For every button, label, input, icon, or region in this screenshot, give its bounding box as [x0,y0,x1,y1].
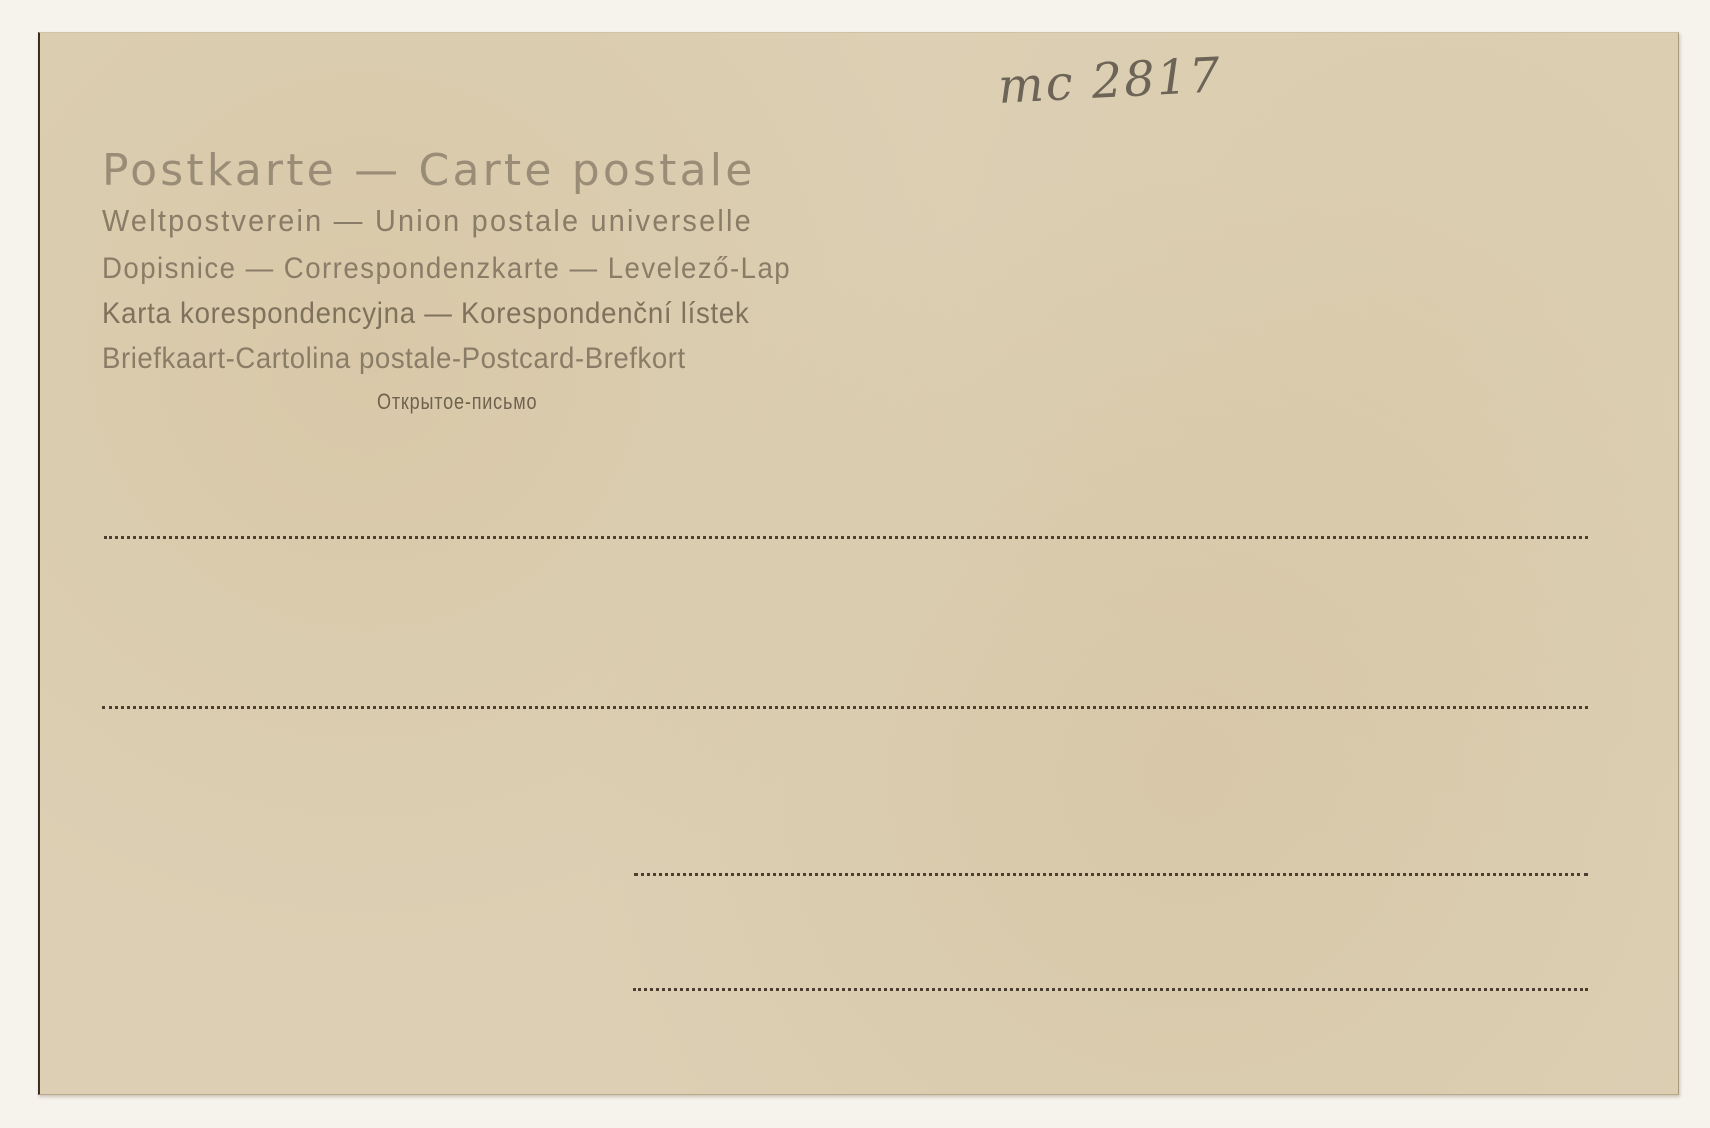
header-line-postkarte: Postkarte — Carte postale [102,145,755,196]
address-line-2 [102,706,1588,709]
postcard-back: Postkarte — Carte postale Weltpostverein… [38,32,1679,1095]
address-line-1 [104,536,1588,539]
address-line-4 [633,988,1588,991]
header-line-weltpostverein: Weltpostverein — Union postale universel… [102,203,753,239]
header-line-dopisnice: Dopisnice — Correspondenzkarte — Levelez… [102,252,791,286]
address-line-3 [634,873,1588,876]
header-line-briefkaart: Briefkaart-Cartolina postale-Postcard-Br… [102,342,686,376]
handwritten-catalog-note: mc 2817 [997,47,1223,115]
header-line-cyrillic: Открытое-письмо [377,389,537,415]
header-line-karta: Karta korespondencyjna — Korespondenční … [102,297,750,331]
